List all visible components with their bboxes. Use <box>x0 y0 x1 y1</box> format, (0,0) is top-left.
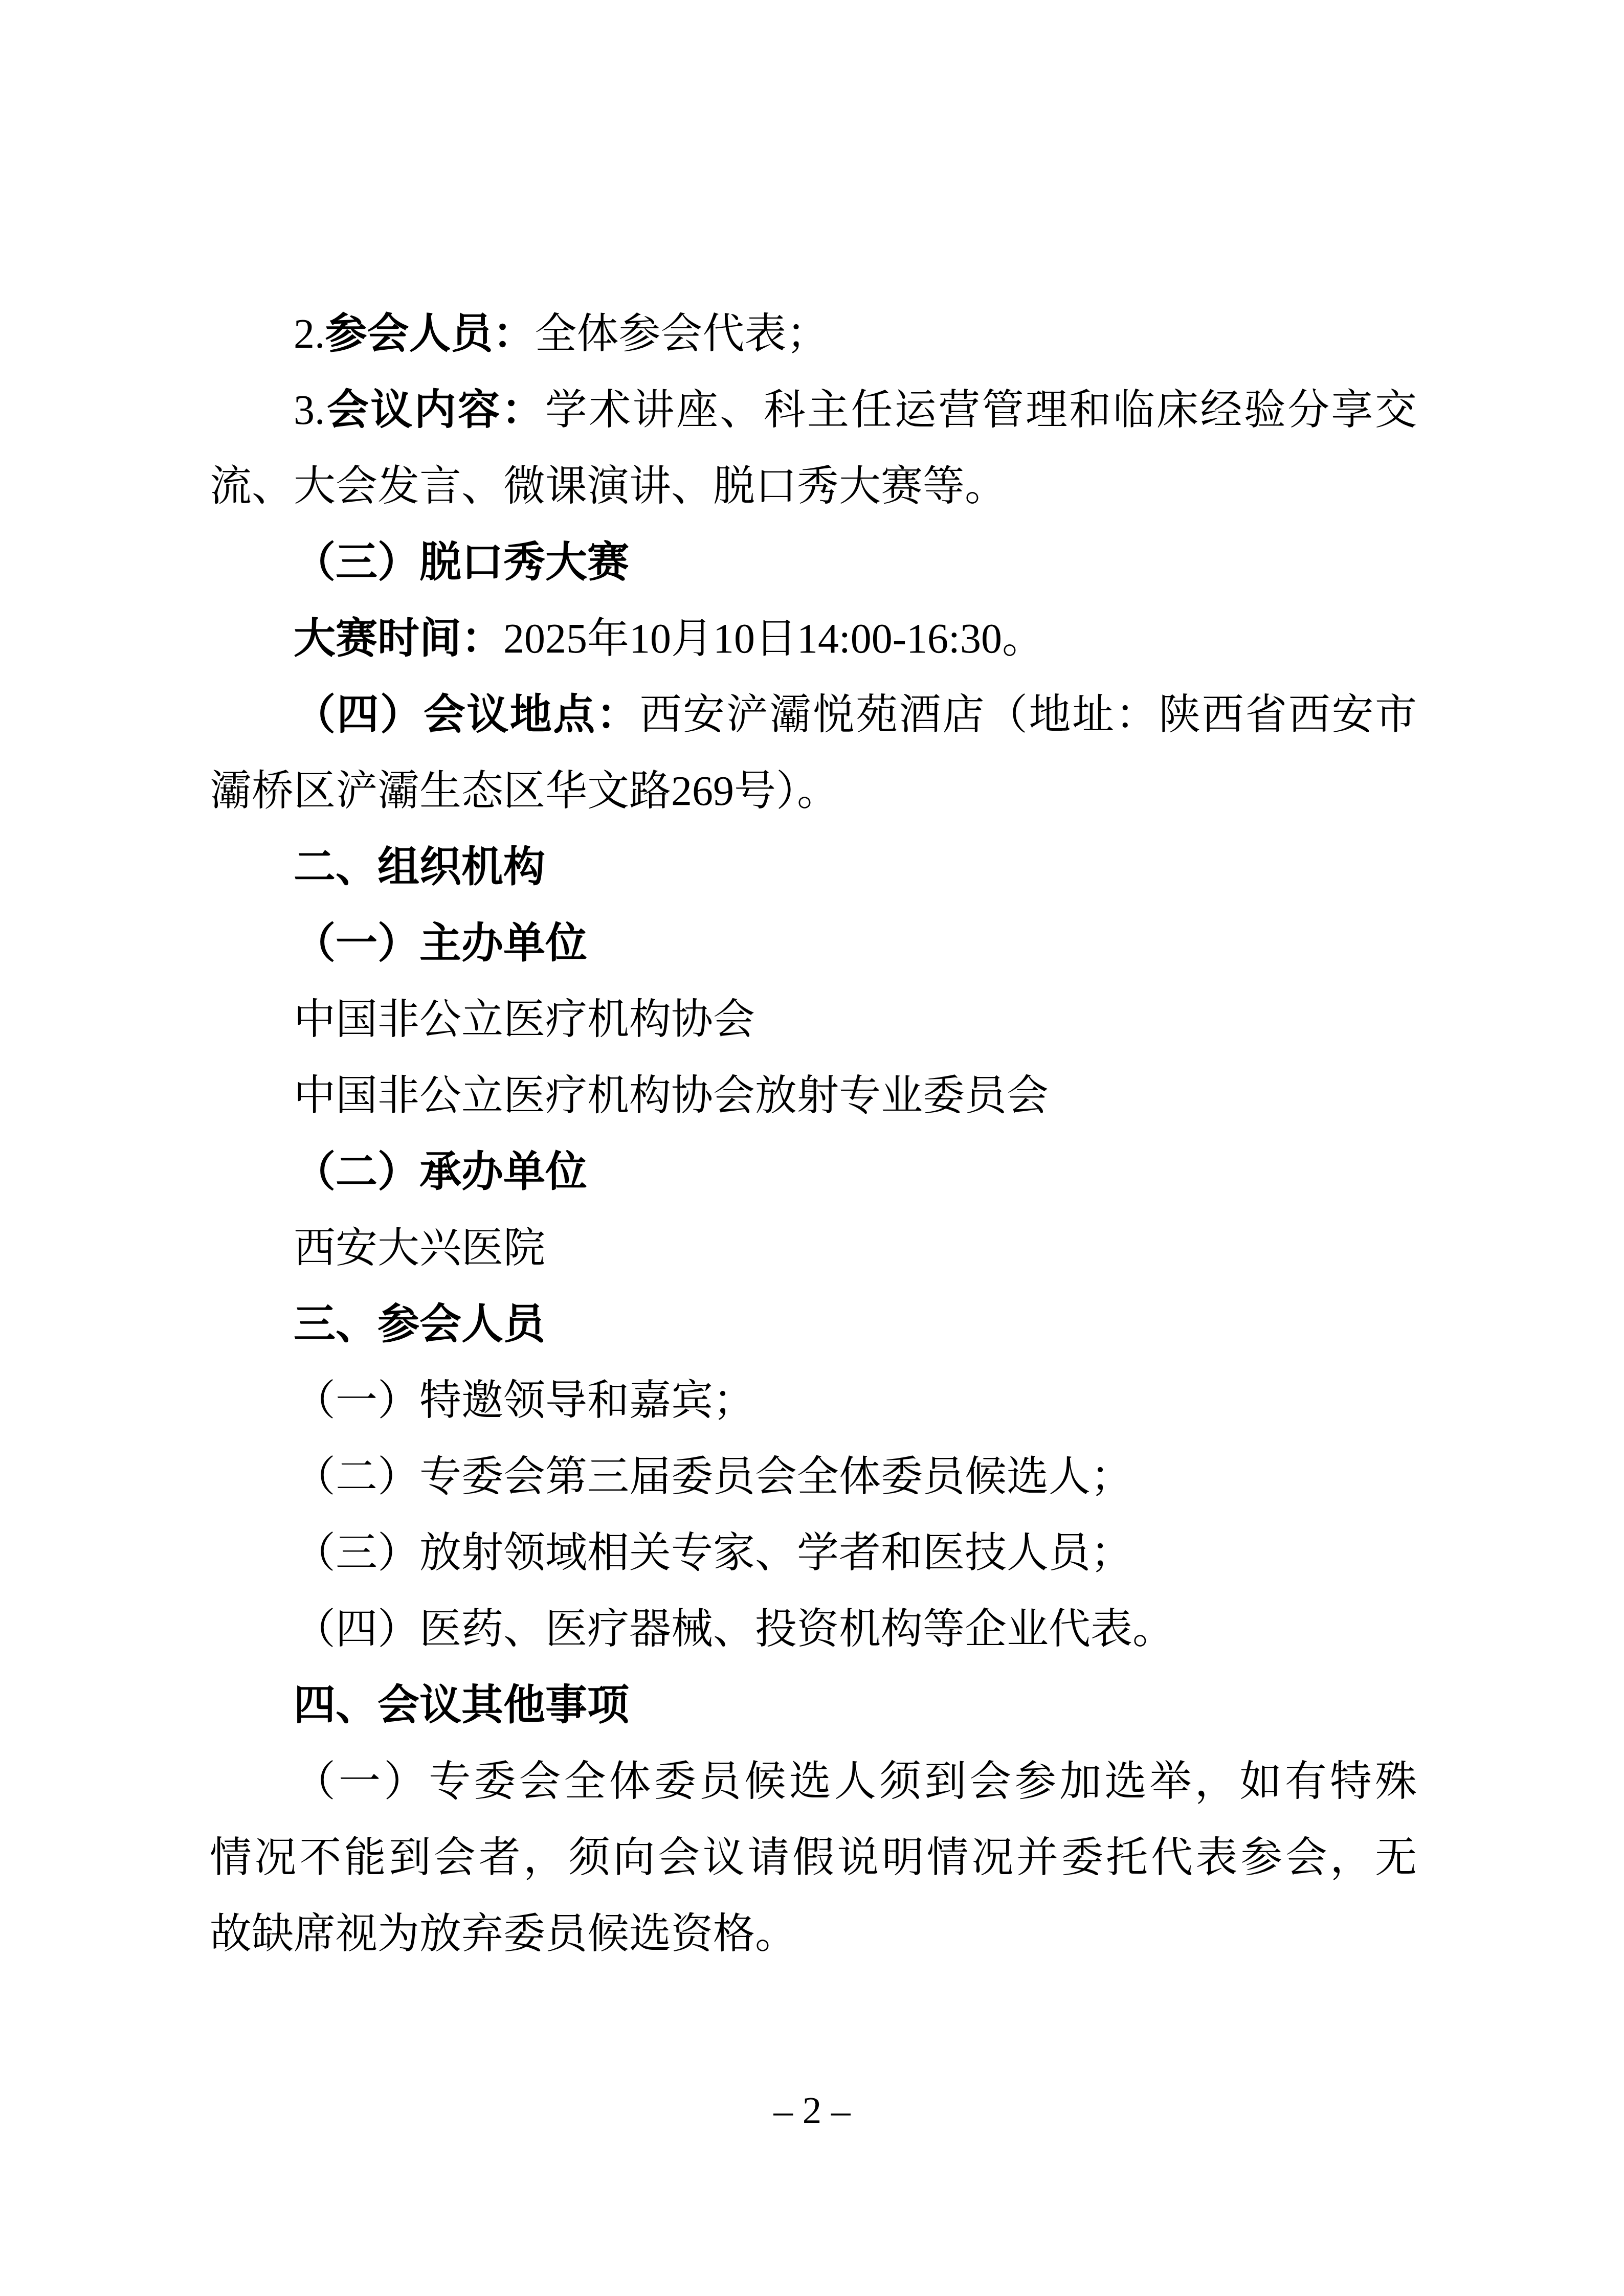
text-segment-kai: 大赛时间： <box>294 615 503 662</box>
text-segment-body: （一）特邀领导和嘉宾； <box>294 1377 755 1424</box>
text-segment-body: 西安浐灞悦苑酒店（地址：陕西省西安市 <box>639 691 1417 738</box>
text-line: 西安大兴医院 <box>210 1210 1417 1286</box>
page-number: – 2 – <box>774 2089 851 2132</box>
text-segment-body: 全体参会代表； <box>535 310 829 357</box>
text-line: 3.会议内容：学术讲座、科主任运营管理和临床经验分享交 <box>210 372 1417 448</box>
text-segment-body: 中国非公立医疗机构协会 <box>294 996 755 1043</box>
text-segment-body: （三）放射领域相关专家、学者和医技人员； <box>294 1529 1132 1576</box>
page-footer: – 2 – <box>0 2089 1624 2133</box>
text-segment-hei: 四、会议其他事项 <box>294 1682 629 1728</box>
text-line: 灞桥区浐灞生态区华文路269号）。 <box>210 753 1417 829</box>
text-segment-kai: 会议内容： <box>325 387 545 433</box>
text-segment-body: 中国非公立医疗机构协会放射专业委员会 <box>294 1072 1049 1119</box>
text-segment-body: 情况不能到会者，须向会议请假说明情况并委托代表参会，无 <box>210 1834 1417 1881</box>
text-line: 流、大会发言、微课演讲、脱口秀大赛等。 <box>210 448 1417 524</box>
document-body: 2.参会人员：全体参会代表；3.会议内容：学术讲座、科主任运营管理和临床经验分享… <box>210 296 1417 1972</box>
text-segment-body: （四）医药、医疗器械、投资机构等企业代表。 <box>294 1606 1174 1652</box>
text-segment-hei: 三、参会人员 <box>294 1301 545 1347</box>
text-segment-body: （一）专委会全体委员候选人须到会参加选举，如有特殊 <box>294 1758 1417 1805</box>
text-segment-body: （二）专委会第三届委员会全体委员候选人； <box>294 1453 1132 1500</box>
text-line: 中国非公立医疗机构协会放射专业委员会 <box>210 1057 1417 1134</box>
text-line: （四）医药、医疗器械、投资机构等企业代表。 <box>210 1591 1417 1667</box>
text-line: （四）会议地点：西安浐灞悦苑酒店（地址：陕西省西安市 <box>210 677 1417 753</box>
text-segment-body: 流、大会发言、微课演讲、脱口秀大赛等。 <box>210 463 1007 509</box>
text-line: 2.参会人员：全体参会代表； <box>210 296 1417 372</box>
document-page: 2.参会人员：全体参会代表；3.会议内容：学术讲座、科主任运营管理和临床经验分享… <box>0 0 1624 2296</box>
text-segment-body: 2025年10月10日14:00-16:30。 <box>503 615 1044 662</box>
text-line: （三）放射领域相关专家、学者和医技人员； <box>210 1515 1417 1591</box>
text-segment-kai: （二）承办单位 <box>294 1149 587 1195</box>
text-segment-kai: （一）主办单位 <box>294 920 587 966</box>
text-line: （二）专委会第三届委员会全体委员候选人； <box>210 1438 1417 1515</box>
text-segment-body: 故缺席视为放弃委员候选资格。 <box>210 1910 797 1957</box>
text-line: 二、组织机构 <box>210 829 1417 905</box>
text-line: （一）专委会全体委员候选人须到会参加选举，如有特殊 <box>210 1743 1417 1819</box>
text-line: 故缺席视为放弃委员候选资格。 <box>210 1896 1417 1972</box>
text-segment-kai: （四）会议地点： <box>294 691 639 738</box>
text-segment-body: 西安大兴医院 <box>294 1225 545 1271</box>
text-line: （一）主办单位 <box>210 905 1417 981</box>
text-line: （一）特邀领导和嘉宾； <box>210 1362 1417 1438</box>
text-line: 中国非公立医疗机构协会 <box>210 981 1417 1057</box>
text-segment-body: 灞桥区浐灞生态区华文路269号）。 <box>210 768 839 814</box>
text-line: （二）承办单位 <box>210 1134 1417 1210</box>
text-line: 四、会议其他事项 <box>210 1667 1417 1743</box>
text-segment-body: 3. <box>294 387 325 433</box>
text-line: 大赛时间：2025年10月10日14:00-16:30。 <box>210 600 1417 677</box>
text-line: 三、参会人员 <box>210 1286 1417 1362</box>
text-line: 情况不能到会者，须向会议请假说明情况并委托代表参会，无 <box>210 1819 1417 1896</box>
text-segment-body: 学术讲座、科主任运营管理和临床经验分享交 <box>545 387 1417 433</box>
text-segment-hei: 二、组织机构 <box>294 844 545 890</box>
text-segment-body: 2. <box>294 310 325 357</box>
text-segment-kai: 参会人员： <box>325 310 535 357</box>
text-segment-kai: （三）脱口秀大赛 <box>294 539 629 586</box>
text-line: （三）脱口秀大赛 <box>210 524 1417 600</box>
